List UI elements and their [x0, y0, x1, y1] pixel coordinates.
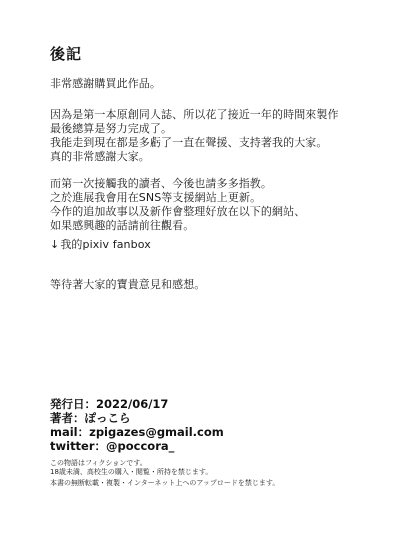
author: 著者：ぽっこら: [50, 411, 131, 426]
paragraph-line: 真的非常感謝大家。: [50, 150, 150, 164]
paragraph-line: 如果感興趣的話請前往觀看。: [50, 219, 194, 233]
fanbox-link-label: 我的pixiv fanbox: [60, 238, 150, 251]
closing-line: 等待著大家的寶貴意見和感想。: [50, 278, 205, 292]
notice-copyright: 本書の無断転載・複製・インターネット上へのアップロードを禁じます。: [50, 479, 279, 489]
paragraph-thanks: 非常感謝購買此作品。: [50, 77, 161, 91]
mail: mail：zpigazes@gmail.com: [50, 425, 224, 440]
fanbox-link[interactable]: ↓我的pixiv fanbox: [50, 238, 151, 252]
paragraph-line: 之於進展我會用在SNS等支援網站上更新。: [50, 191, 261, 205]
paragraph-line: 我能走到現在都是多虧了一直在聲援、支持著我的大家。: [50, 136, 328, 150]
paragraph-line: 今作的追加故事以及新作會整理好放在以下的網站、: [50, 205, 305, 219]
publish-date: 発行日：2022/06/17: [50, 397, 168, 412]
notice-age: 18歳未満、高校生の購入・閲覧・所持を禁じます。: [50, 468, 212, 478]
paragraph-line: 因為是第一本原創同人誌、所以花了接近一年的時間來製作: [50, 108, 339, 122]
page-title: 後記: [50, 43, 82, 64]
paragraph-line: 最後總算是努力完成了。: [50, 122, 172, 136]
arrow-down-icon: ↓: [50, 238, 59, 252]
paragraph-line: 而第一次接觸我的讀者、今後也請多多指教。: [50, 177, 272, 191]
afterword-page: 後記 非常感謝購買此作品。 因為是第一本原創同人誌、所以花了接近一年的時間來製作…: [0, 0, 400, 556]
twitter: twitter：@poccora_: [50, 439, 174, 454]
